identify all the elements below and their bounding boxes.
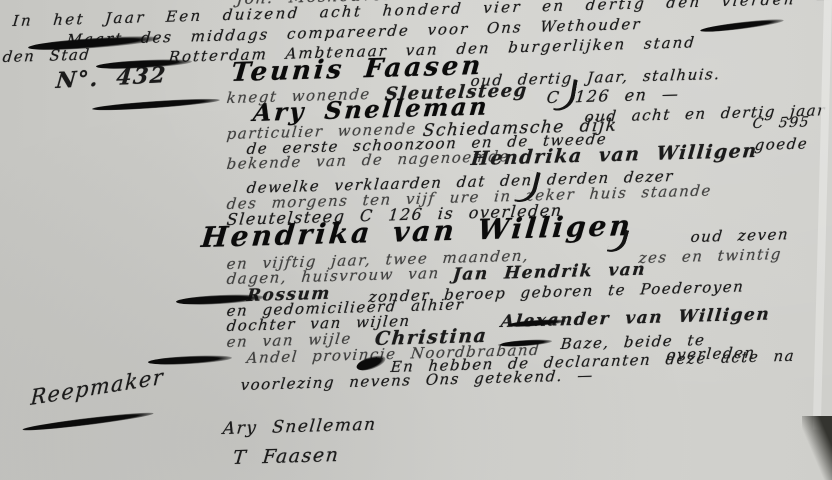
age-line: zes en twintig bbox=[638, 247, 783, 266]
text-line: voorlezing nevens Ons getekend. — bbox=[240, 368, 594, 393]
flourish-underline bbox=[92, 97, 220, 113]
text-line: den Stad bbox=[2, 48, 91, 65]
scan-edge-shadow bbox=[802, 416, 832, 480]
deceased-name-mention: Hendrika van Willigen bbox=[470, 142, 759, 169]
scan-edge-highlight bbox=[813, 0, 832, 430]
text-line: goede bbox=[754, 136, 809, 153]
house-number: C 595 bbox=[752, 115, 811, 131]
flourish bbox=[700, 17, 784, 34]
flourish-underline bbox=[22, 410, 154, 433]
text-line: dagen, huisvrouw van bbox=[226, 266, 440, 287]
signature-witness-1: Ary Snelleman bbox=[222, 417, 377, 438]
declarant-1-name: Teunis Faasen bbox=[230, 53, 484, 86]
signature-witness-2: T Faasen bbox=[232, 446, 340, 468]
signature-official: Reepmaker bbox=[30, 366, 165, 409]
flourish bbox=[148, 354, 232, 366]
scanned-document-page: Joh: Mosheuvel In het Jaar Een duizend a… bbox=[0, 0, 832, 480]
text-line: oud zeven bbox=[690, 227, 790, 245]
